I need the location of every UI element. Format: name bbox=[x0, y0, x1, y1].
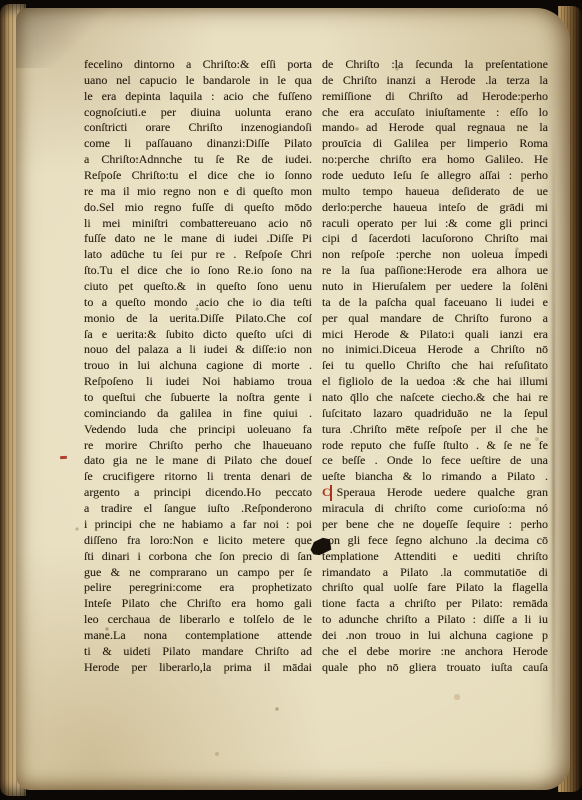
page-crease bbox=[552, 118, 555, 764]
text-line: mane.La nona contemplatione attende bbox=[84, 628, 312, 644]
text-line: non reſpoſe :perche non uoleua impedi bbox=[322, 247, 548, 263]
text-line: ſuſcitato lazaro quadriduāo ne la ſepul bbox=[322, 406, 548, 422]
text-line: che el debe morire :ne anchora Herode bbox=[322, 644, 548, 660]
text-line: Herode per liberarlo,la prima il mādai bbox=[84, 660, 312, 676]
text-line: mando ad Herode qual regnaua ne la bbox=[322, 120, 548, 136]
paper-specks bbox=[16, 8, 18, 10]
text-line: dato gia ne le mane di Pilato che doueſ bbox=[84, 453, 312, 469]
text-column-right: de Chriſto :la ſecunda la preſentationed… bbox=[322, 57, 548, 676]
book-photo: fecelino dintorno a Chriſto:& eſſi porta… bbox=[0, 0, 582, 800]
text-line: nouo del palaza a li iudei & diſſe:io no… bbox=[84, 342, 312, 358]
text-line: re la ſua paſſione:Herode era alhora ue bbox=[322, 263, 548, 279]
text-line: cipi d ſacerdoti lacuſorono Chriſto mai bbox=[322, 231, 548, 247]
text-line: trouo in lui alchuna cagione di morte . bbox=[84, 358, 312, 374]
text-line: no:perche chriſto era homo Galileo. He bbox=[322, 152, 548, 168]
text-line: rimandato a Pilato .la commutatiōe di bbox=[322, 565, 548, 581]
text-line: dei .non trouo in lui alchuna cagione p bbox=[322, 628, 548, 644]
text-line: ce beſſe . Onde lo fece ueſtire de una bbox=[322, 453, 548, 469]
text-line: gue & ne comprarano un campo per ſe bbox=[84, 565, 312, 581]
text-line: no inimici.Diceua Herode a Chriſto nō bbox=[322, 342, 548, 358]
text-line: ueſte biancha & lo rimando a Pilato . bbox=[322, 469, 548, 485]
text-line: el figliolo de la uedoa :& che hai illum… bbox=[322, 374, 548, 390]
text-line: multo tempo haueua deſiderato de ue bbox=[322, 184, 548, 200]
text-line: a tradire el ſangue iuſto .Reſponderono bbox=[84, 501, 312, 517]
text-line: fuſſe dato ne le mane di iudei .Diſſe Pi bbox=[84, 231, 312, 247]
text-line: quale pho nō gliera trouato iuſta cauſa bbox=[322, 660, 548, 676]
text-line: cognoſciuti.e per diuina uolunta erano bbox=[84, 105, 312, 121]
text-line: per bene che ne doueſſe ſequire : perho bbox=[322, 517, 548, 533]
text-line: ſti dinari i corbona che ſon precio di ſ… bbox=[84, 549, 312, 565]
text-line: diſſeno fra loro:Non e licito metere que bbox=[84, 533, 312, 549]
text-line: to adunche chriſto a Pilato : diſſe a li… bbox=[322, 612, 548, 628]
text-line: monio de la uerita.Diſſe Pilato.Che coſ bbox=[84, 311, 312, 327]
text-line: tione facta a chriſto per Pilato: remāda bbox=[322, 596, 548, 612]
text-line: to a queſto mondo .acio che io dia teſti bbox=[84, 295, 312, 311]
text-line: che era accuſato iniuſtamente : eſſo lo bbox=[322, 105, 548, 121]
text-line: lato adūche tu ſei pur re . Reſpoſe Chri bbox=[84, 247, 312, 263]
text-line: pelire peregrini:come era prophetizato bbox=[84, 580, 312, 596]
red-capitulum-mark: C bbox=[322, 485, 334, 501]
text-line: CSperaua Herode uedere qualche gran bbox=[322, 485, 548, 501]
text-line: non gli fece ſegno alchuno .la decima cō bbox=[322, 533, 548, 549]
text-line: de Chriſto :la ſecunda la preſentatione bbox=[322, 57, 548, 73]
text-line: tura .Chriſto mēte reſpoſe per il che he bbox=[322, 422, 548, 438]
text-line: argento a principi dicendo.Ho peccato bbox=[84, 485, 312, 501]
text-line: uano nel capucio le bandarole in le qua bbox=[84, 73, 312, 89]
text-line: Reſpoſeno li iudei Noi habiamo troua bbox=[84, 374, 312, 390]
text-line: ta de la paſcha qual faceuano li iudei e bbox=[322, 295, 548, 311]
text-column-left: fecelino dintorno a Chriſto:& eſſi porta… bbox=[84, 57, 312, 676]
text-line: ſa e uerita:& ſubito dicto queſto uſci d… bbox=[84, 327, 312, 343]
text-line: fecelino dintorno a Chriſto:& eſſi porta bbox=[84, 57, 312, 73]
text-line: mici Herode & Pilato:i quali ianzi era bbox=[322, 327, 548, 343]
text-line: li mei miniſtri combattereuano acio nō bbox=[84, 216, 312, 232]
text-line: miracula di chriſto come curioſo:ma nó bbox=[322, 501, 548, 517]
text-line: come li paſſauano dinanzi:Diſſe Pilato bbox=[84, 136, 312, 152]
text-line: ſei tu quello Chriſto che hai reſuſitato bbox=[322, 358, 548, 374]
text-line: le era depinta laquila : acio che fuſſen… bbox=[84, 89, 312, 105]
text-line: de Chriſto inanzi a Herode .la terza la bbox=[322, 73, 548, 89]
text-line: ciuto pet queſto.& in queſto ſono uenu bbox=[84, 279, 312, 295]
text-line: ti & uideti Pilato mandare Chriſto ad bbox=[84, 644, 312, 660]
text-line: re ma il mio regno non e di queſto mon bbox=[84, 184, 312, 200]
text-line: templatione Attenditi e uediti chriſto bbox=[322, 549, 548, 565]
text-line: Reſpoſe Chriſto:tu el dice che io ſonno bbox=[84, 168, 312, 184]
text-line: Vedendo luda che principi uoleuano fa bbox=[84, 422, 312, 438]
text-line: prouīcia di Galilea per limperio Roma bbox=[322, 136, 548, 152]
text-line: cominciando da galilea in fine quiui . bbox=[84, 406, 312, 422]
text-line: do.Sel mio regno fuſſe di queſto mōdo bbox=[84, 200, 312, 216]
book-page: fecelino dintorno a Chriſto:& eſſi porta… bbox=[16, 8, 570, 790]
text-line: rode reputo che fuſſe ſtulto . & ſe ne f… bbox=[322, 438, 548, 454]
text-line: Inteſe Pilato che Chriſto era homo gali bbox=[84, 596, 312, 612]
text-line: a Chriſto:Adnnche tu ſe Re de iudei. bbox=[84, 152, 312, 168]
text-line: ſe crucifigere ritorno li trenta denari … bbox=[84, 469, 312, 485]
text-line: rode ueduto Ieſu ſe allegro aſſai : perh… bbox=[322, 168, 548, 184]
text-line: raculi operato per lui :& come gli princ… bbox=[322, 216, 548, 232]
text-line: ſto.Tu el dice che io ſono Re.io ſono na bbox=[84, 263, 312, 279]
text-line: to queſtui che ſubuerte la noſtra gente … bbox=[84, 390, 312, 406]
text-line: remiſſione di Chriſto ad Herode:perho bbox=[322, 89, 548, 105]
text-line: per qual mandare de Chriſto furono a bbox=[322, 311, 548, 327]
text-line: conſtricti orare Chriſto inzenogiandoſi bbox=[84, 120, 312, 136]
text-line: derlo:perche haueua inteſo de grādi mi bbox=[322, 200, 548, 216]
text-line: nuto in Hieruſalem per uedere la ſolēni bbox=[322, 279, 548, 295]
text-line: chriſto qual uolſe fare Pilato la flagel… bbox=[322, 580, 548, 596]
text-line: i principi che ne habiamo a far noi : po… bbox=[84, 517, 312, 533]
red-margin-dash bbox=[60, 456, 67, 459]
text-line: leo cerchaua de liberarlo e tolſelo de l… bbox=[84, 612, 312, 628]
text-line: re morire Chriſto perho che lhaueuano bbox=[84, 438, 312, 454]
text-line: nato q̄llo che naſcete ciecho.& che hai … bbox=[322, 390, 548, 406]
